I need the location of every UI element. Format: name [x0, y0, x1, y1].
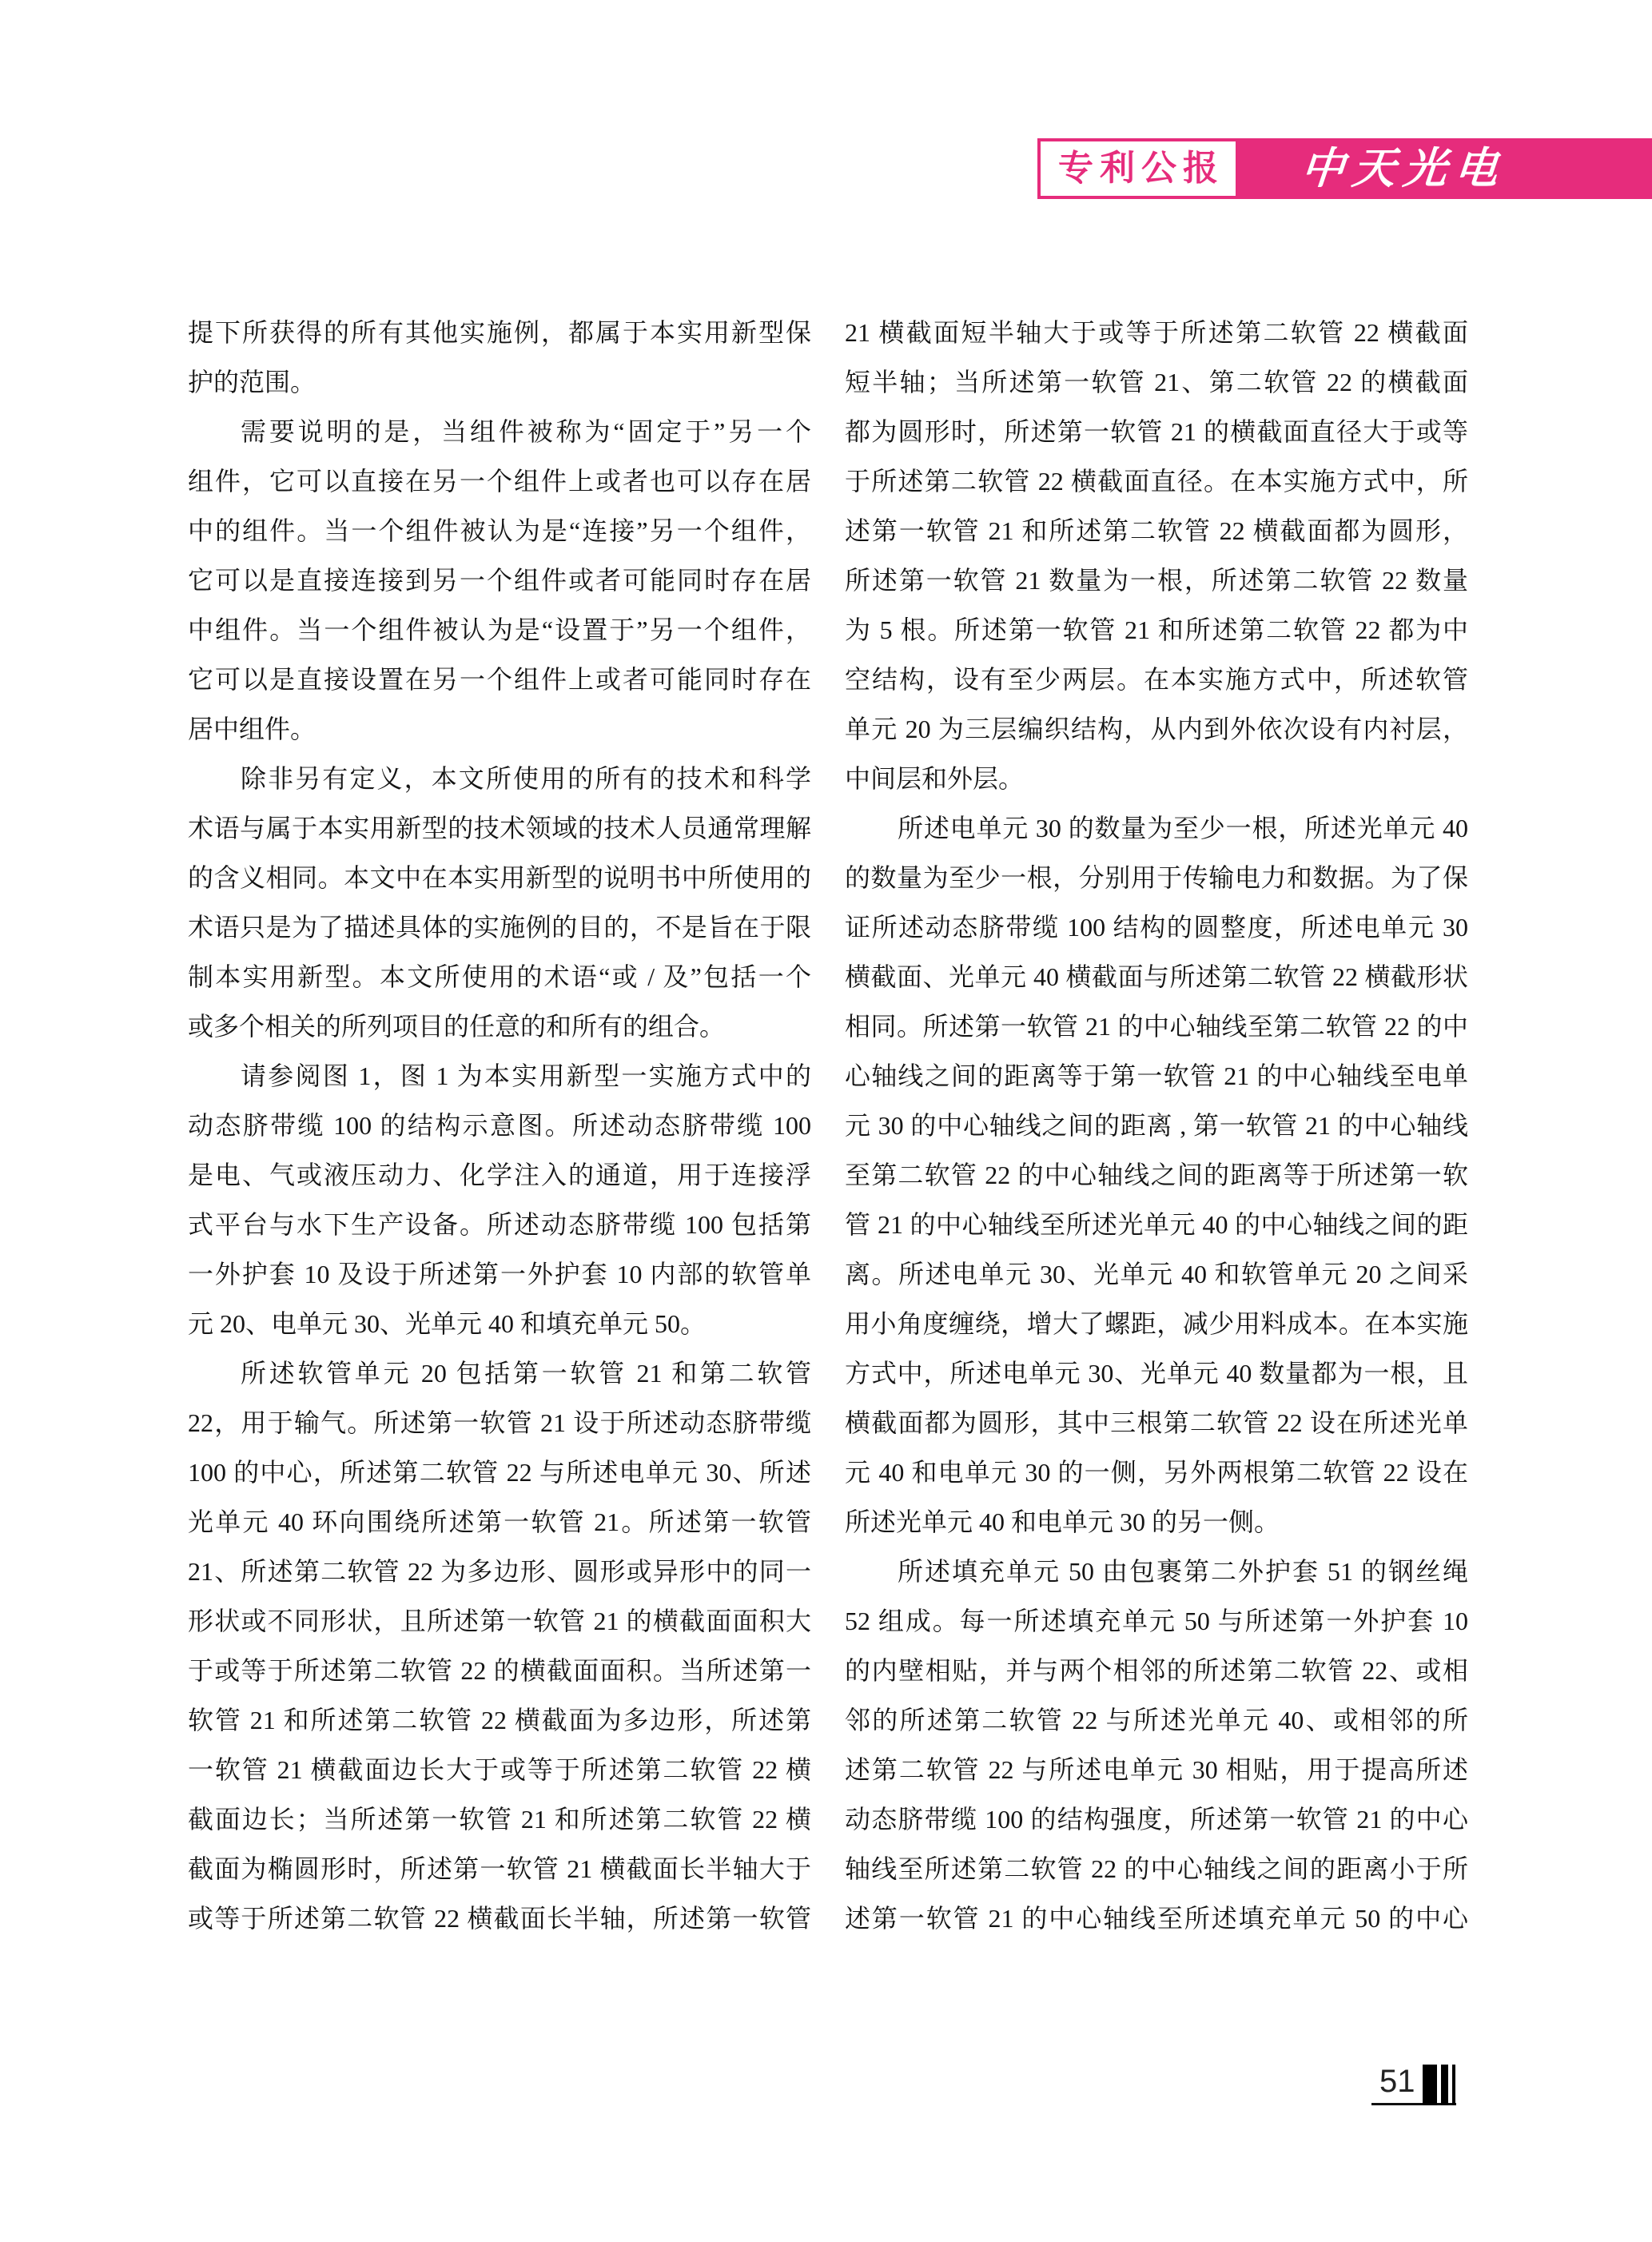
- text-line: 元 30 的中心轴线之间的距离 , 第一软管 21 的中心轴线: [845, 1101, 1468, 1150]
- text-line: 至第二软管 22 的中心轴线之间的距离等于所述第一软: [845, 1150, 1468, 1200]
- text-line: 述第二软管 22 与所述电单元 30 相贴，用于提高所述: [845, 1745, 1468, 1794]
- text-line: 短半轴；当所述第一软管 21、第二软管 22 的横截面: [845, 357, 1468, 407]
- text-line: 或多个相关的所列项目的任意的和所有的组合。: [188, 1002, 811, 1051]
- page-number: 51: [1379, 2065, 1415, 2097]
- text-line: 用小角度缠绕，增大了螺距，减少用料成本。在本实施: [845, 1299, 1468, 1348]
- text-line: 光单元 40 环向围绕所述第一软管 21。所述第一软管: [188, 1497, 811, 1547]
- text-line: 离。所述电单元 30、光单元 40 和软管单元 20 之间采: [845, 1249, 1468, 1299]
- text-line: 于所述第二软管 22 横截面直径。在本实施方式中，所: [845, 456, 1468, 506]
- text-line: 是电、气或液压动力、化学注入的通道，用于连接浮: [188, 1150, 811, 1200]
- text-column-left: 提下所获得的所有其他实施例，都属于本实用新型保护的范围。需要说明的是，当组件被称…: [188, 308, 811, 1943]
- text-line: 21 横截面短半轴大于或等于所述第二软管 22 横截面: [845, 308, 1468, 357]
- text-line: 截面边长；当所述第一软管 21 和所述第二软管 22 横: [188, 1794, 811, 1844]
- text-line: 100 的中心，所述第二软管 22 与所述电单元 30、所述: [188, 1448, 811, 1497]
- text-line: 提下所获得的所有其他实施例，都属于本实用新型保: [188, 308, 811, 357]
- text-line: 的数量为至少一根，分别用于传输电力和数据。为了保: [845, 853, 1468, 902]
- text-line: 为 5 根。所述第一软管 21 和所述第二软管 22 都为中: [845, 605, 1468, 655]
- text-line: 术语只是为了描述具体的实施例的目的，不是旨在于限: [188, 902, 811, 952]
- text-line: 横截面都为圆形，其中三根第二软管 22 设在所述光单: [845, 1398, 1468, 1448]
- text-line: 除非另有定义，本文所使用的所有的技术和科学: [188, 754, 811, 803]
- text-line: 一外护套 10 及设于所述第一外护套 10 内部的软管单: [188, 1249, 811, 1299]
- text-line: 所述电单元 30 的数量为至少一根，所述光单元 40: [845, 803, 1468, 853]
- text-line: 一软管 21 横截面边长大于或等于所述第二软管 22 横: [188, 1745, 811, 1794]
- text-line: 护的范围。: [188, 357, 811, 407]
- text-line: 管 21 的中心轴线至所述光单元 40 的中心轴线之间的距: [845, 1200, 1468, 1249]
- text-line: 它可以是直接连接到另一个组件或者可能同时存在居: [188, 556, 811, 605]
- text-line: 请参阅图 1，图 1 为本实用新型一实施方式中的: [188, 1051, 811, 1101]
- text-line: 动态脐带缆 100 的结构强度，所述第一软管 21 的中心: [845, 1794, 1468, 1844]
- text-line: 它可以是直接设置在另一个组件上或者可能同时存在: [188, 655, 811, 704]
- text-line: 元 20、电单元 30、光单元 40 和填充单元 50。: [188, 1299, 811, 1348]
- footer-bar-thin: [1452, 2065, 1455, 2105]
- text-line: 52 组成。每一所述填充单元 50 与所述第一外护套 10: [845, 1596, 1468, 1646]
- footer-bar-medium: [1441, 2065, 1448, 2105]
- text-line: 中间层和外层。: [845, 754, 1468, 803]
- text-line: 空结构，设有至少两层。在本实施方式中，所述软管: [845, 655, 1468, 704]
- text-line: 形状或不同形状，且所述第一软管 21 的横截面面积大: [188, 1596, 811, 1646]
- text-line: 需要说明的是，当组件被称为“固定于”另一个: [188, 407, 811, 456]
- text-line: 制本实用新型。本文所使用的术语“或 / 及”包括一个: [188, 952, 811, 1002]
- text-line: 述第一软管 21 和所述第二软管 22 横截面都为圆形，: [845, 506, 1468, 556]
- brand-logo-text: 中天光电: [1300, 147, 1508, 190]
- text-line: 元 40 和电单元 30 的一侧，另外两根第二软管 22 设在: [845, 1448, 1468, 1497]
- text-line: 心轴线之间的距离等于第一软管 21 的中心轴线至电单: [845, 1051, 1468, 1101]
- text-line: 所述第一软管 21 数量为一根，所述第二软管 22 数量: [845, 556, 1468, 605]
- text-line: 所述软管单元 20 包括第一软管 21 和第二软管: [188, 1348, 811, 1398]
- text-line: 术语与属于本实用新型的技术领域的技术人员通常理解: [188, 803, 811, 853]
- text-line: 方式中，所述电单元 30、光单元 40 数量都为一根，且: [845, 1348, 1468, 1398]
- text-line: 中的组件。当一个组件被认为是“连接”另一个组件，: [188, 506, 811, 556]
- footer-bar-thick: [1423, 2065, 1437, 2105]
- text-line: 相同。所述第一软管 21 的中心轴线至第二软管 22 的中: [845, 1002, 1468, 1051]
- text-line: 述第一软管 21 的中心轴线至所述填充单元 50 的中心: [845, 1894, 1468, 1943]
- footer: 51: [1359, 2054, 1487, 2118]
- text-line: 都为圆形时，所述第一软管 21 的横截面直径大于或等: [845, 407, 1468, 456]
- text-line: 的内壁相贴，并与两个相邻的所述第二软管 22、或相: [845, 1646, 1468, 1695]
- text-line: 中组件。当一个组件被认为是“设置于”另一个组件，: [188, 605, 811, 655]
- text-line: 21、所述第二软管 22 为多边形、圆形或异形中的同一: [188, 1547, 811, 1596]
- text-line: 于或等于所述第二软管 22 的横截面面积。当所述第一: [188, 1646, 811, 1695]
- text-line: 截面为椭圆形时，所述第一软管 21 横截面长半轴大于: [188, 1844, 811, 1894]
- patent-gazette-page: 专利公报 中天光电 提下所获得的所有其他实施例，都属于本实用新型保护的范围。需要…: [0, 0, 1652, 2242]
- text-line: 组件，它可以直接在另一个组件上或者也可以存在居: [188, 456, 811, 506]
- text-line: 单元 20 为三层编织结构，从内到外依次设有内衬层，: [845, 704, 1468, 754]
- text-column-right: 21 横截面短半轴大于或等于所述第二软管 22 横截面短半轴；当所述第一软管 2…: [845, 308, 1468, 1943]
- text-line: 动态脐带缆 100 的结构示意图。所述动态脐带缆 100: [188, 1101, 811, 1150]
- text-line: 式平台与水下生产设备。所述动态脐带缆 100 包括第: [188, 1200, 811, 1249]
- brand-bar: 中天光电: [1239, 138, 1652, 199]
- text-line: 证所述动态脐带缆 100 结构的圆整度，所述电单元 30: [845, 902, 1468, 952]
- gazette-label: 专利公报: [1052, 151, 1224, 186]
- text-line: 的含义相同。本文中在本实用新型的说明书中所使用的: [188, 853, 811, 902]
- text-line: 横截面、光单元 40 横截面与所述第二软管 22 横截形状: [845, 952, 1468, 1002]
- text-line: 所述光单元 40 和电单元 30 的另一侧。: [845, 1497, 1468, 1547]
- gazette-label-box: 专利公报: [1037, 138, 1239, 199]
- text-line: 邻的所述第二软管 22 与所述光单元 40、或相邻的所: [845, 1695, 1468, 1745]
- text-line: 或等于所述第二软管 22 横截面长半轴，所述第一软管: [188, 1894, 811, 1943]
- text-line: 所述填充单元 50 由包裹第二外护套 51 的钢丝绳: [845, 1547, 1468, 1596]
- text-line: 居中组件。: [188, 704, 811, 754]
- text-line: 22，用于输气。所述第一软管 21 设于所述动态脐带缆: [188, 1398, 811, 1448]
- text-line: 软管 21 和所述第二软管 22 横截面为多边形，所述第: [188, 1695, 811, 1745]
- text-line: 轴线至所述第二软管 22 的中心轴线之间的距离小于所: [845, 1844, 1468, 1894]
